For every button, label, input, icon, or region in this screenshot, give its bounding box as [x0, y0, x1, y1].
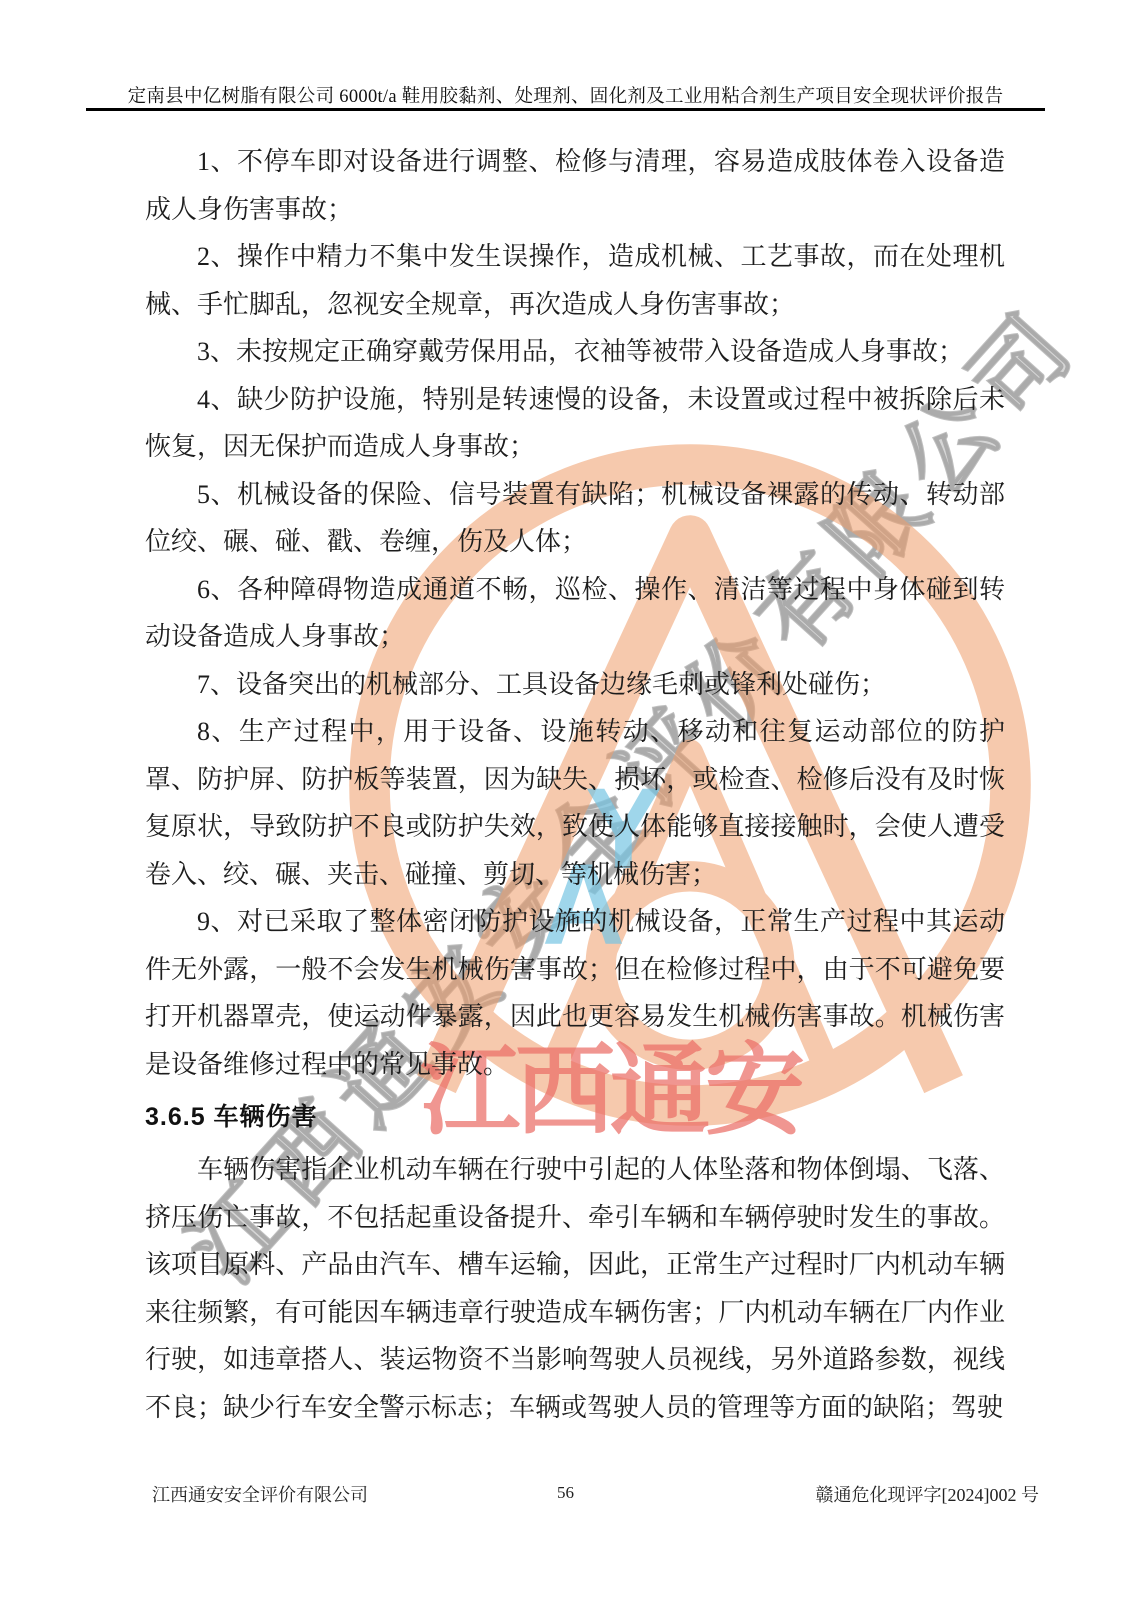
report-header-title: 定南县中亿树脂有限公司 6000t/a 鞋用胶黏剂、处理剂、固化剂及工业用粘合剂… — [45, 82, 1086, 108]
body-text-block: 1、不停车即对设备进行调整、检修与清理，容易造成肢体卷入设备造成人身伤害事故； … — [145, 138, 1005, 1431]
footer-document-number: 赣通危化现评字[2024]002 号 — [816, 1481, 1040, 1507]
header-rule — [86, 108, 1045, 111]
paragraph-8: 8、生产过程中，用于设备、设施转动、移动和往复运动部位的防护罩、防护屏、防护板等… — [145, 708, 1005, 898]
report-page: { "header": { "title": "定南县中亿树脂有限公司 6000… — [0, 0, 1131, 1600]
paragraph-9: 9、对已采取了整体密闭防护设施的机械设备，正常生产过程中其运动件无外露，一般不会… — [145, 898, 1005, 1088]
paragraph-1: 1、不停车即对设备进行调整、检修与清理，容易造成肢体卷入设备造成人身伤害事故； — [145, 138, 1005, 233]
section-paragraph: 车辆伤害指企业机动车辆在行驶中引起的人体坠落和物体倒塌、飞落、挤压伤亡事故，不包… — [145, 1146, 1005, 1431]
page-content: 定南县中亿树脂有限公司 6000t/a 鞋用胶黏剂、处理剂、固化剂及工业用粘合剂… — [0, 0, 1131, 1600]
paragraph-5: 5、机械设备的保险、信号装置有缺陷；机械设备裸露的传动、转动部位绞、碾、碰、戳、… — [145, 471, 1005, 566]
section-heading-3-6-5: 3.6.5 车辆伤害 — [145, 1100, 1005, 1134]
paragraph-2: 2、操作中精力不集中发生误操作，造成机械、工艺事故，而在处理机械、手忙脚乱，忽视… — [145, 233, 1005, 328]
paragraph-3: 3、未按规定正确穿戴劳保用品，衣袖等被带入设备造成人身事故； — [145, 328, 1005, 376]
paragraph-7: 7、设备突出的机械部分、工具设备边缘毛刺或锋利处碰伤； — [145, 661, 1005, 709]
paragraph-6: 6、各种障碍物造成通道不畅，巡检、操作、清洁等过程中身体碰到转动设备造成人身事故… — [145, 566, 1005, 661]
paragraph-4: 4、缺少防护设施，特别是转速慢的设备，未设置或过程中被拆除后未恢复，因无保护而造… — [145, 376, 1005, 471]
